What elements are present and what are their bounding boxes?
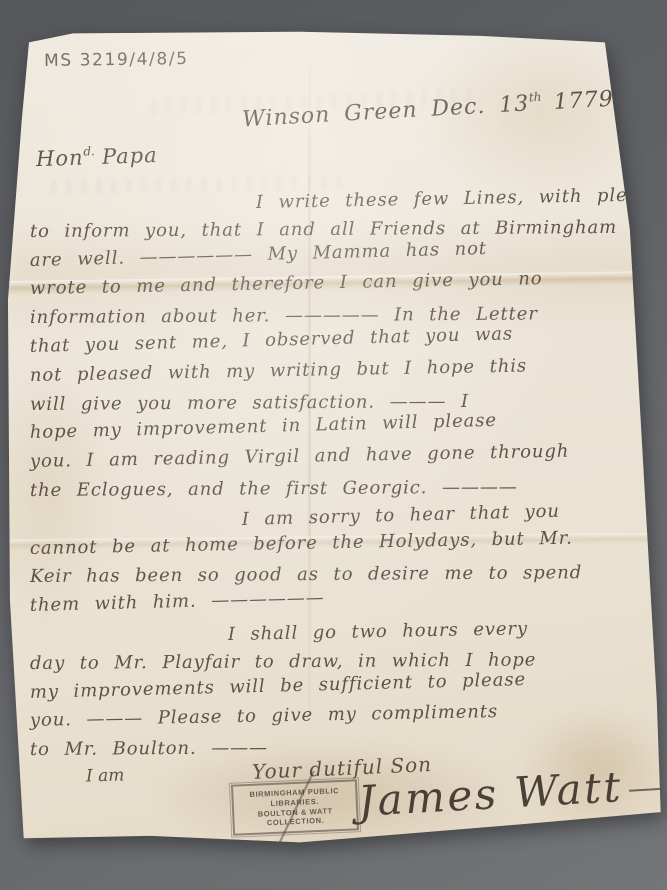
letter-dateline: Winson Green Dec. 13th1779	[242, 86, 615, 133]
archival-reference-number: MS 3219/4/8/5	[44, 49, 189, 71]
stamp-line: BOULTON & WATT	[236, 805, 354, 820]
salutation-name: Papa	[102, 143, 158, 169]
stamp-line: LIBRARIES.	[236, 795, 354, 810]
letter-paper: MS 3219/4/8/5 Winson Green Dec. 13th1779…	[6, 26, 662, 844]
letter-line: I write these few Lines, with pleasure	[256, 185, 646, 221]
photograph-of-letter: MS 3219/4/8/5 Winson Green Dec. 13th1779…	[0, 0, 667, 890]
dateline-text: Winson Green Dec. 13	[242, 91, 530, 132]
letter-body: I write these few Lines, with pleasure t…	[30, 192, 646, 768]
letter-line: I shall go two hours every	[228, 616, 646, 653]
stamp-line: COLLECTION.	[236, 815, 354, 830]
letter-line: cannot be at home before the Holydays, b…	[30, 526, 646, 567]
closing-i-am: I am	[86, 766, 125, 787]
salutation-superscript: d.	[83, 144, 95, 158]
stamp-line: BIRMINGHAM PUBLIC	[235, 785, 353, 800]
library-collection-stamp: BIRMINGHAM PUBLIC LIBRARIES. BOULTON & W…	[231, 779, 359, 835]
letter-salutation: Hond.Papa	[36, 142, 158, 171]
dateline-ordinal-superscript: th	[529, 90, 542, 105]
dateline-year: 1779	[553, 87, 614, 115]
paper-shadow-wrap: MS 3219/4/8/5 Winson Green Dec. 13th1779…	[0, 0, 667, 890]
salutation-text: Hon	[36, 145, 84, 171]
